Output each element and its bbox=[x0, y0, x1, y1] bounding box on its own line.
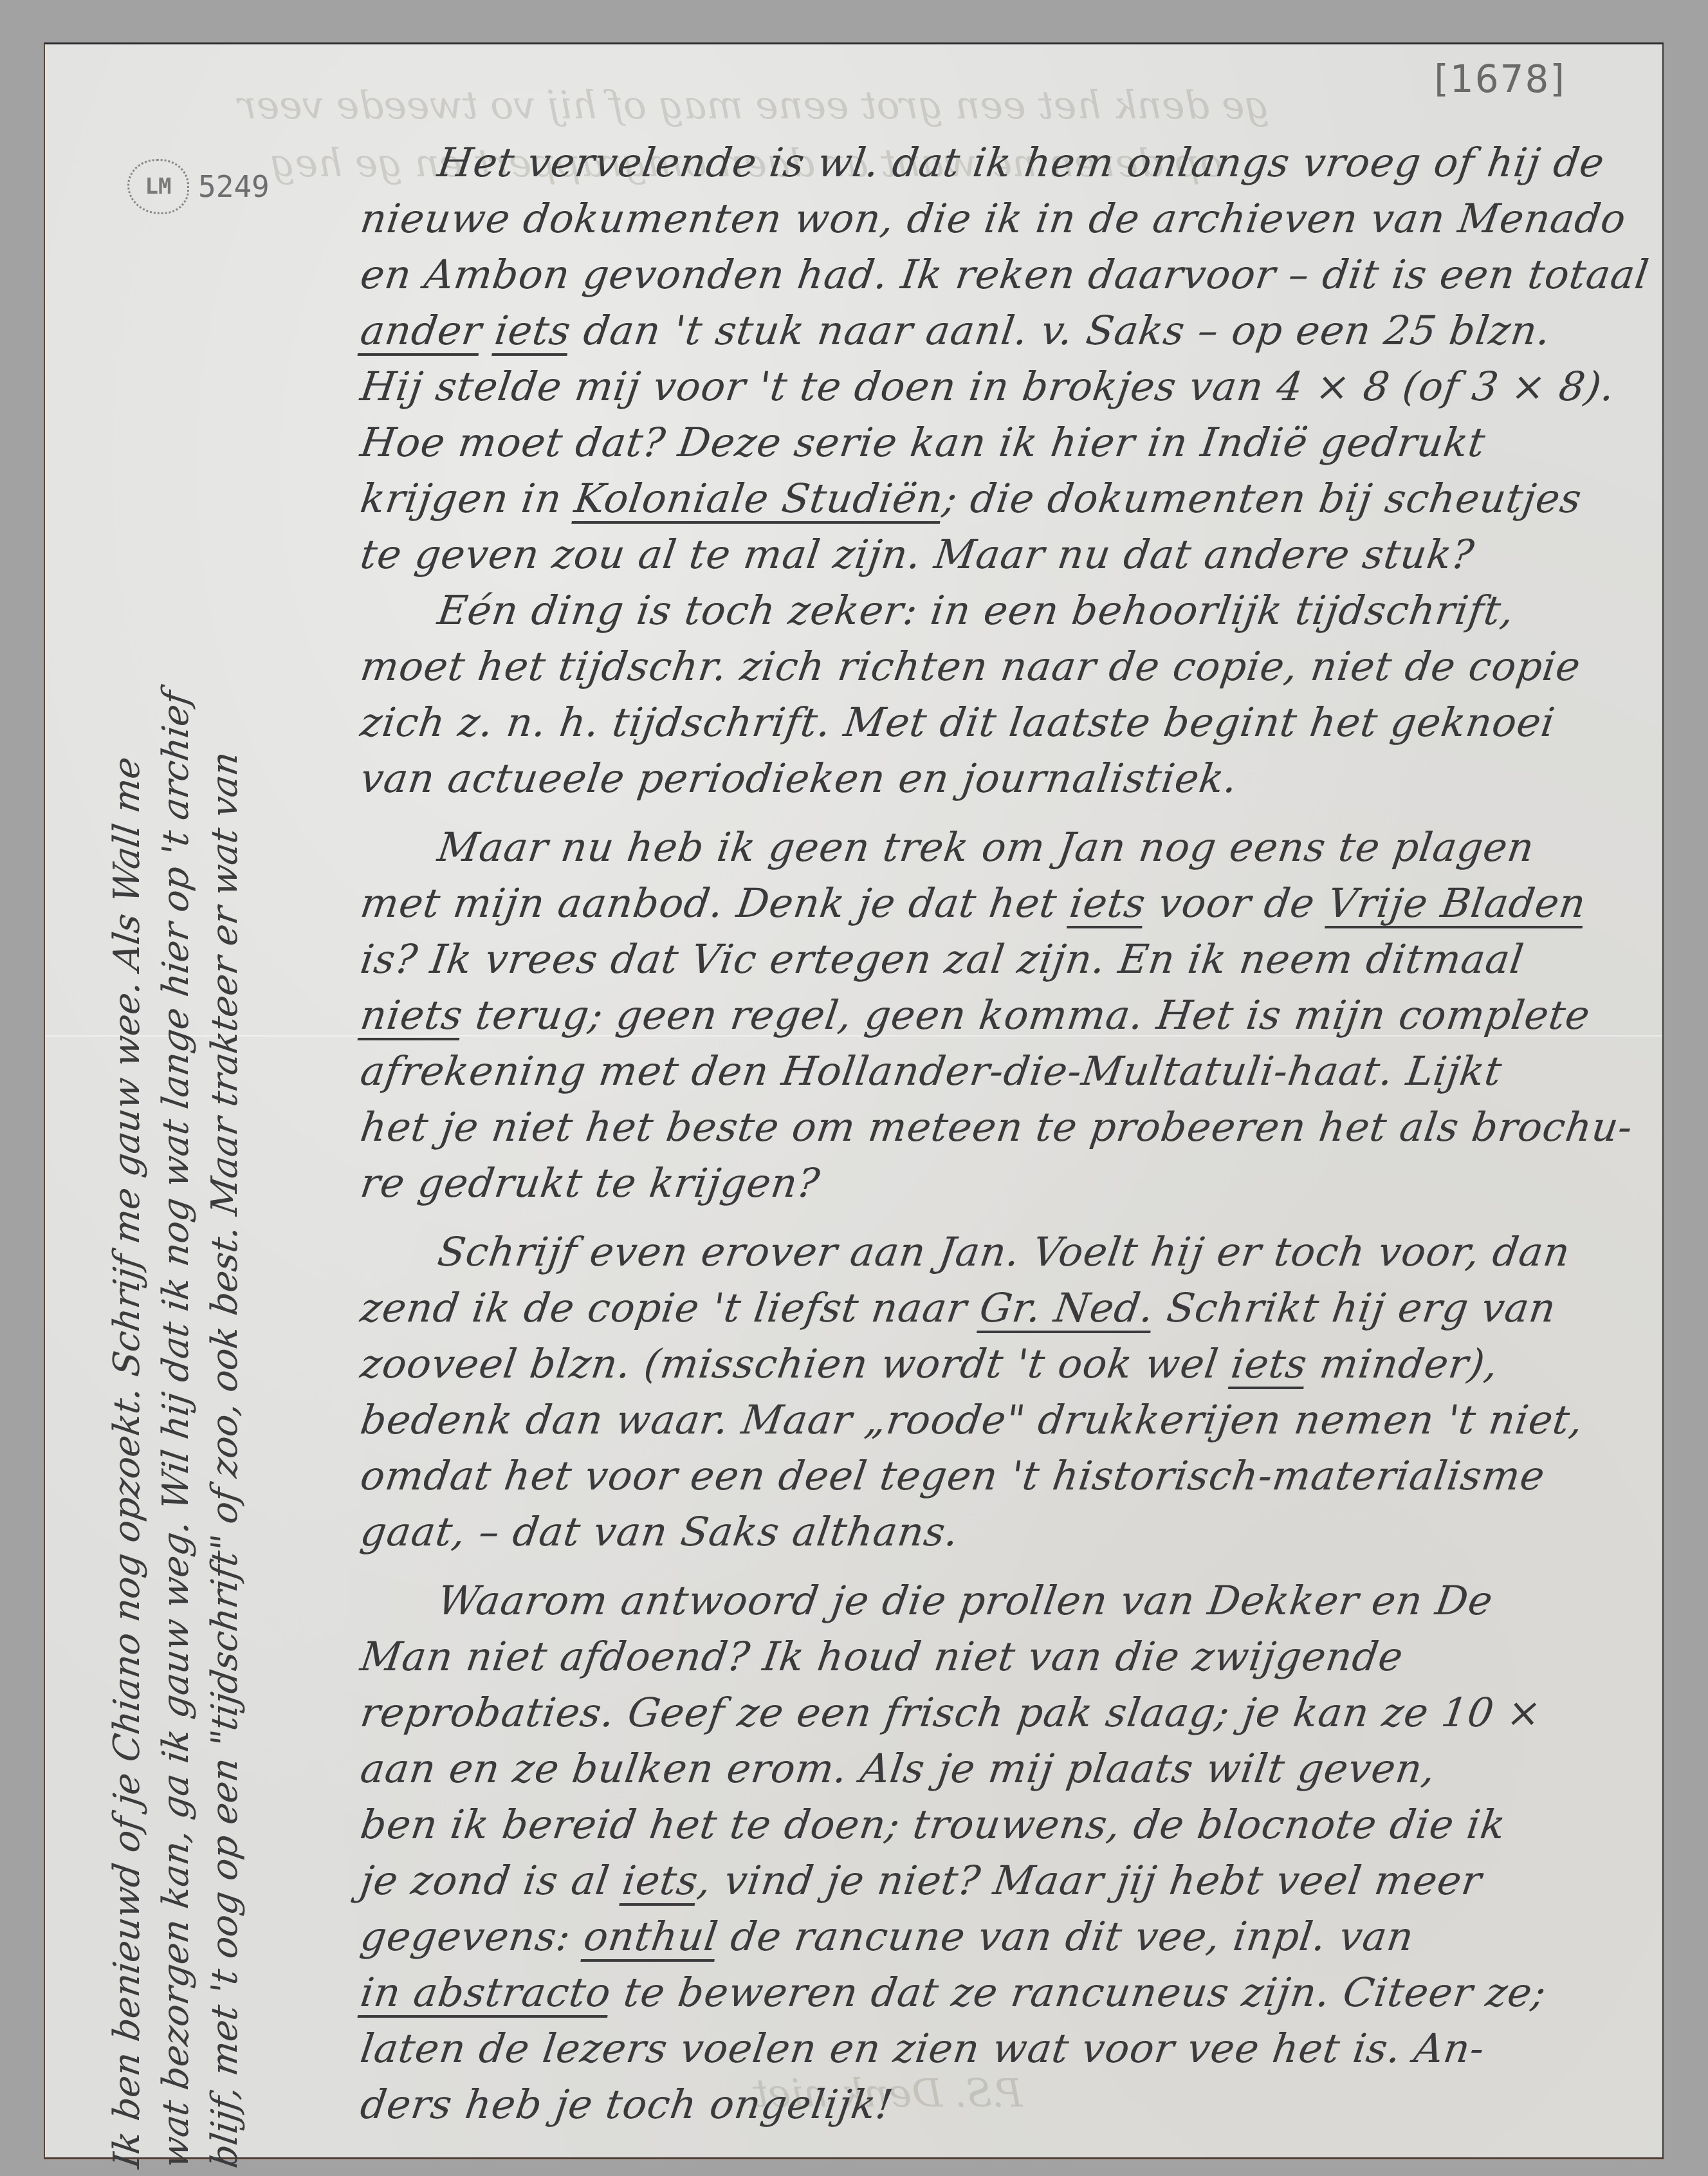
body-line: afrekening met den Hollander-die-Multatu… bbox=[357, 1043, 1639, 1099]
archive-stamp: LM 5249 bbox=[127, 159, 270, 214]
body-line: reprobaties. Geef ze een frisch pak slaa… bbox=[357, 1684, 1639, 1740]
underlined-phrase: iets bbox=[1228, 1340, 1310, 1387]
underlined-phrase: iets bbox=[1067, 880, 1149, 927]
underlined-phrase: Koloniale Studiën bbox=[572, 475, 947, 522]
body-line: omdat het voor een deel tegen 't histori… bbox=[357, 1448, 1639, 1504]
letter-body: Het vervelende is wl. dat ik hem onlangs… bbox=[357, 134, 1631, 2132]
body-line: van actueele periodieken en journalistie… bbox=[357, 750, 1639, 806]
archive-number: 5249 bbox=[198, 169, 270, 204]
body-line: Man niet afdoend? Ik houd niet van die z… bbox=[357, 1628, 1639, 1684]
body-line: je zond is al iets, vind je niet? Maar j… bbox=[357, 1852, 1639, 1908]
underlined-phrase: in abstracto bbox=[358, 1969, 614, 2016]
body-line: Hoe moet dat? Deze serie kan ik hier in … bbox=[357, 414, 1639, 470]
body-line: laten de lezers voelen en zien wat voor … bbox=[357, 2020, 1639, 2076]
body-line: Eén ding is toch zeker: in een behoorlij… bbox=[357, 582, 1639, 638]
body-line: ders heb je toch ongelijk! bbox=[357, 2076, 1639, 2132]
body-line: Maar nu heb ik geen trek om Jan nog eens… bbox=[357, 819, 1639, 875]
body-line: Hij stelde mij voor 't te doen in brokje… bbox=[357, 358, 1639, 414]
body-line: in abstracto te beweren dat ze rancuneus… bbox=[357, 1964, 1639, 2020]
underlined-phrase: Vrije Bladen bbox=[1325, 880, 1589, 927]
body-line: is? Ik vrees dat Vic ertegen zal zijn. E… bbox=[357, 931, 1639, 987]
body-line: zend ik de copie 't liefst naar Gr. Ned.… bbox=[357, 1280, 1639, 1336]
body-line: moet het tijdschr. zich richten naar de … bbox=[357, 638, 1639, 694]
underlined-phrase: niets bbox=[358, 991, 466, 1038]
body-line: krijgen in Koloniale Studiën; die dokume… bbox=[357, 470, 1639, 526]
body-line: re gedrukt te krijgen? bbox=[357, 1155, 1639, 1211]
underlined-phrase: iets bbox=[620, 1857, 702, 1904]
body-line: nieuwe dokumenten won, die ik in de arch… bbox=[357, 190, 1639, 246]
page-reference: [1678] bbox=[1434, 57, 1566, 101]
body-line: bedenk dan waar. Maar „roode" drukkerije… bbox=[357, 1392, 1639, 1448]
underlined-phrase: Gr. Ned. bbox=[977, 1284, 1157, 1331]
underlined-phrase: ander bbox=[358, 307, 485, 354]
archive-seal-icon: LM bbox=[127, 159, 189, 214]
body-line: te geven zou al te mal zijn. Maar nu dat… bbox=[357, 526, 1639, 582]
body-line: ander iets dan 't stuk naar aanl. v. Sak… bbox=[357, 302, 1639, 358]
body-line: aan en ze bulken erom. Als je mij plaats… bbox=[357, 1740, 1639, 1796]
margin-note-line: Ik ben benieuwd of je Chiano nog opzoekt… bbox=[103, 266, 152, 2171]
underlined-phrase: iets bbox=[492, 307, 574, 354]
body-line: zooveel blzn. (misschien wordt 't ook we… bbox=[357, 1336, 1639, 1392]
underlined-phrase: onthul bbox=[581, 1913, 721, 1960]
body-line: het je niet het beste om meteen te probe… bbox=[357, 1099, 1639, 1155]
body-line: gegevens: onthul de rancune van dit vee,… bbox=[357, 1908, 1639, 1964]
margin-note-line: wat bezorgen kan, ga ik gauw weg. Wil hi… bbox=[152, 266, 201, 2171]
body-line: en Ambon gevonden had. Ik reken daarvoor… bbox=[357, 246, 1639, 302]
body-line: niets terug; geen regel, geen komma. Het… bbox=[357, 987, 1639, 1043]
body-line: met mijn aanbod. Denk je dat het iets vo… bbox=[357, 875, 1639, 931]
body-line: ben ik bereid het te doen; trouwens, de … bbox=[357, 1796, 1639, 1852]
body-line: gaat, – dat van Saks althans. bbox=[357, 1504, 1639, 1560]
margin-note-line: blijf, met 't oog op een "tijdschrift" o… bbox=[201, 266, 250, 2171]
margin-note-vertical: Ik ben benieuwd of je Chiano nog opzoekt… bbox=[103, 270, 250, 2168]
body-line: Het vervelende is wl. dat ik hem onlangs… bbox=[357, 134, 1639, 190]
body-line: Waarom antwoord je die prollen van Dekke… bbox=[357, 1572, 1639, 1628]
bleed-through-text: ge denk het een grot eene mag of hij vo … bbox=[238, 83, 1269, 128]
body-line: zich z. n. h. tijdschrift. Met dit laats… bbox=[357, 694, 1639, 750]
letter-page: ge denk het een grot eene mag of hij vo … bbox=[44, 42, 1664, 2159]
body-line: Schrijf even erover aan Jan. Voelt hij e… bbox=[357, 1224, 1639, 1280]
